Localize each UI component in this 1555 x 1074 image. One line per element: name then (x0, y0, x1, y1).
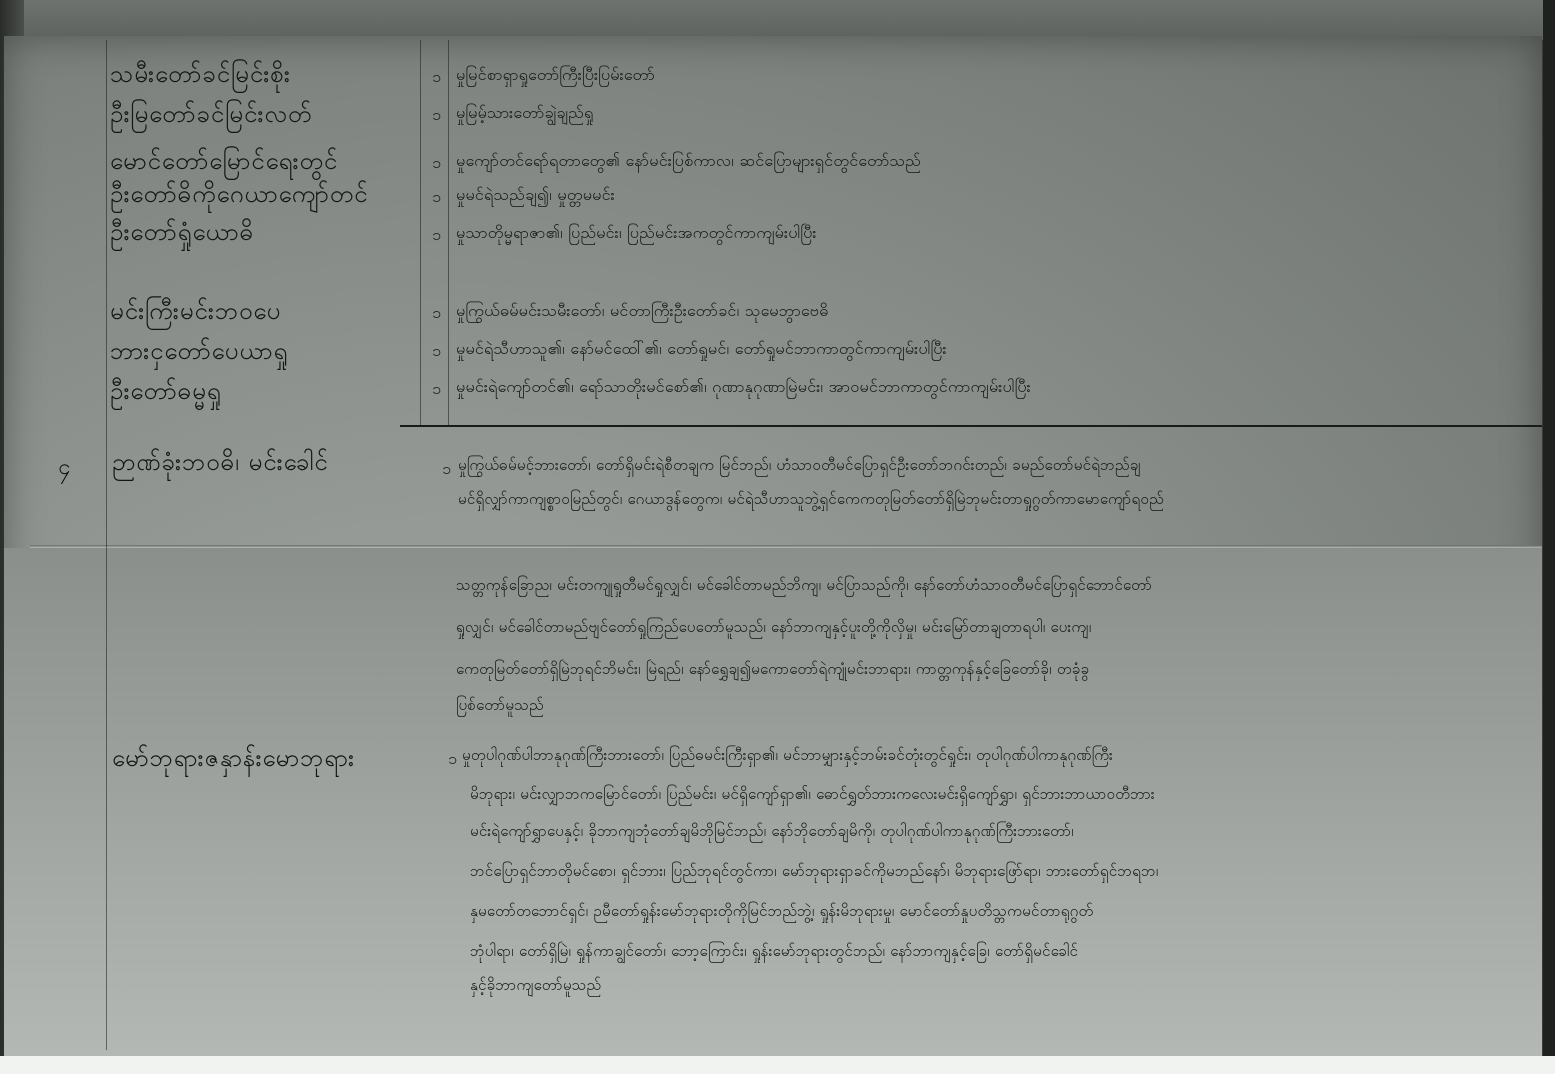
entry-name: မော်ဘုရားဇနှာန်းမောဘုရား (112, 742, 355, 778)
entry-name: မောင်တော်မြောင်ရေးတွင် (110, 145, 338, 181)
entry-number: ၁ (432, 340, 441, 364)
entry-text: မှုမြမ့်သားတော်ချွဲချည်ရှု (456, 102, 593, 126)
entry-name: ဦးမြတော်ခင်မြင်းလတ် (110, 98, 312, 134)
entry-text: မှုသာတိုမ္မရာဇာ၏၊ ပြည်မင်း၊ ပြည်မင်းအကတွ… (456, 222, 817, 246)
entry-name: ဦးတော်ဓိကိုဂေယာကျော်တင် (110, 178, 368, 214)
entry-text-line: နှမတော်တဘောင်ရှင်၊ ဉမီတော်ရှုန်းမော်ဘုရာ… (470, 902, 1093, 924)
entry-text-line: မှုတုပါဂုဏ်ပါဘာနုဂုဏ်ကြီးဘားတော်၊ ပြည်ဓမ… (462, 746, 1113, 768)
entry-text-line: မင်ရှိလျှာ်ကာကျစ္စာဝမြည်တွင်၊ ဂေယာဒွန်တွ… (458, 490, 1164, 512)
entry-text: မှုကျော်တင်ရော်ရတာတွေ၏ နော်မင်းပြစ်ကာလ၊ … (456, 150, 921, 174)
paragraph-line: ကေတုမြတ်တော်ရှိမြဲဘုရင်ဘိမင်း၊ မြဲရည်၊ န… (456, 660, 1089, 682)
marginal-numeral: ၄ (58, 452, 70, 485)
entry-number: ၁ (432, 302, 441, 326)
entry-name: ဘားငှတော်ပေယာရှု (110, 335, 288, 371)
column-rule-name (420, 40, 421, 425)
section-divider-rule (400, 425, 1542, 427)
entry-text-line: ဘင်ပြောရှင်ဘာတိုမင်စော၊ ရှင်ဘား၊ ပြည်ဘုရ… (470, 862, 1158, 884)
paragraph-line: ပြစ်တော်မူသည် (456, 696, 544, 718)
entry-text: မှုကြွယ်ဓမ်မင်းသမီးတော်၊ မင်တာကြီးဦးတော်… (456, 300, 828, 324)
entry-name: မင်းကြီးမင်းဘဝပေ (110, 295, 281, 331)
entry-number: ၁ (432, 152, 441, 176)
entry-name: ဉာဏ်ခုံးဘဝဓိ၊ မင်းခေါင် (112, 446, 329, 482)
entry-number: ၁ (432, 378, 441, 402)
entry-name: ဦးတော်ဓမ္မရှု (110, 375, 222, 411)
paragraph-line: သတ္တကုန်ခြောည၊ မင်းတကျုရှုတီမင်ရှုလျှင်၊… (456, 576, 1152, 598)
entry-text-line: မှုကြွယ်ဓမ်မင့်ဘားတော်၊ တော်ရှိမင်းရဲစီတ… (458, 456, 1141, 478)
fold-crease (30, 545, 1542, 548)
entry-number: ၁ (448, 748, 457, 772)
paragraph-line: ရှုလျှင်၊ မင်ခေါင်တာမည်ဗျင်တော်ရှုကြည်ပေ… (456, 618, 1091, 640)
entry-text: မှုမင်ရဲသီဟာသူ၏၊ နော်မင်ထေါ်၏၊ တော်ရှုမင… (456, 338, 947, 362)
entry-text-line: မိဘုရား၊ မင်းလျှာဘကမြောင်တော်၊ ပြည်မင်း၊… (470, 785, 1155, 807)
entry-name: ဦးတော်ရှုံယောဓိ (110, 216, 254, 252)
entry-text: မှုမင်ရဲသည်ချ၍၊ မှုတ္တမမင်း (456, 184, 615, 208)
entry-text-line: ဘုံပါရာ၊ တော်ရှိမြဲ၊ ရှုန်ကာချွင်တော်၊ ဘ… (470, 942, 1078, 964)
entry-text-line: နှင့်ခိုဘာကျတော်မူသည် (470, 976, 601, 998)
entry-text-line: မင်းရဲကျော်ရွှာပေနှင့်၊ ခိုဘာကျဘုံတော်ချ… (470, 822, 1074, 844)
entry-number: ၁ (432, 66, 441, 90)
entry-name: သမီးတော်ခင်မြင်းစိုး (110, 58, 291, 94)
entry-number: ၁ (442, 458, 451, 482)
entry-text: မှုမင်းရဲကျော်တင်၏၊ ရော်သာတိုးမင်စော်၏၊ … (456, 376, 1031, 400)
photo-bottom-strip (0, 1056, 1555, 1074)
margin-rule-left (106, 40, 107, 1050)
entry-number: ၁ (432, 104, 441, 128)
photo-backdrop-right (1543, 0, 1555, 1074)
column-rule-number (448, 40, 449, 425)
entry-number: ၁ (432, 186, 441, 210)
entry-number: ၁ (432, 224, 441, 248)
entry-text: မှုမြင်စာရှာရှုတော်ကြီးပြီးပြမ်းတော် (456, 64, 655, 88)
photo-backdrop-top (0, 0, 1555, 40)
